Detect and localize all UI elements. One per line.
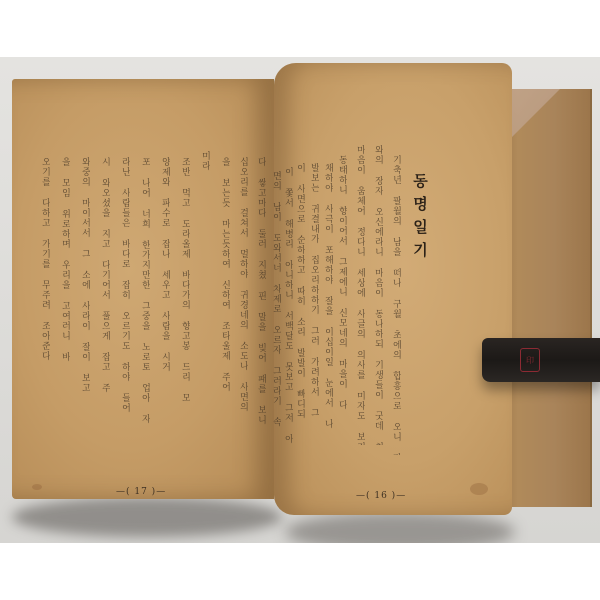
page-number: —( 16 )— <box>356 491 406 501</box>
text-column: 을 모임 위로하며 우리을 고여러니 바 <box>59 157 70 457</box>
book-cover <box>500 89 592 507</box>
stain <box>32 484 42 490</box>
stain <box>470 483 488 495</box>
text-column: 양제와 파수로 잡나 세우고 사람을 시거 <box>159 157 170 457</box>
text-column: 라난 사람들은 바다로 잡히 오르기도 하야 들어 <box>119 157 130 457</box>
page-shadow <box>285 512 515 543</box>
bookmark-band: 印 <box>482 338 600 382</box>
chapter-title: 동명일기 <box>410 173 431 265</box>
text-column: 미라 <box>199 151 210 191</box>
right-page: 동명일기 기축년 팔월의 남을 떠나 구월 초에의 합흥으로 오니 다 너희가를… <box>274 63 512 515</box>
page-shadow <box>12 497 282 537</box>
red-seal-icon: 印 <box>520 348 540 372</box>
text-column: 와의 장자 오신에라니 마음이 동나하되 기생들이 굿데 최하여 거유하쾌 일갈… <box>372 145 383 445</box>
text-column: 와중의 마이서서 그 소에 사라이 잘이 보고 <box>79 157 90 457</box>
book-photo: 다 쌓고마다 둘러 지쳤 핀 말을 빚어 패를 보니 십오리를 걸쳐서 멀하야 … <box>0 57 600 543</box>
text-column: 포 나어 너희 한가지만한 그중을 노로토 업아 자 <box>139 157 150 457</box>
text-column: 면의 남이 도와서너 차제로 오르자 그러라기 속 <box>270 171 281 471</box>
text-column: 다 쌓고마다 둘러 지쳤 핀 말을 빚어 패를 보니 <box>255 157 266 457</box>
left-page: 다 쌓고마다 둘러 지쳤 핀 말을 빚어 패를 보니 십오리를 걸쳐서 멀하야 … <box>12 79 274 499</box>
text-column: 오기를 다하고 가기를 무주려 조아준다 <box>39 157 50 457</box>
text-column: 동태하니 향이어서 그제에니 신모네의 마을이 다 <box>336 155 347 455</box>
text-column: 발보는 귀결내가 집오리하하기 그러 가려하서 그 <box>308 163 319 463</box>
text-column: 십오리를 걸쳐서 멀하야 귀경네의 소도나 사면의 <box>237 157 248 457</box>
text-column: 을 보는듯 마는듯하여 신하여 조타울제 주어 <box>219 157 230 457</box>
page-number: —( 17 )— <box>116 487 166 497</box>
text-column: 이 사면으로 순하하고 따히 소리 발발이 빠디되 <box>294 163 305 463</box>
text-column: 이 쫓서 해병리 아니하니 서백달도 못보고 그저 아 <box>282 167 293 467</box>
text-column: 조반 먹고 도라올제 바다가의 향고봉 드리 모 <box>179 157 190 457</box>
text-column: 채하야 사극이 포해하야 잘을 이십이일 눈에서 나 <box>322 163 333 463</box>
text-column: 시 와오셨을 지고 다기어서 풀으게 잡고 주 <box>99 157 110 457</box>
text-column: 마음이 움체어 정다니 세상에 사글의 의사를 미자도 보지 하이 잇 이를도 … <box>354 145 365 445</box>
text-column: 기축년 팔월의 남을 떠나 구월 초에의 합흥으로 오니 다 너희가를 일콧다이… <box>390 155 401 455</box>
